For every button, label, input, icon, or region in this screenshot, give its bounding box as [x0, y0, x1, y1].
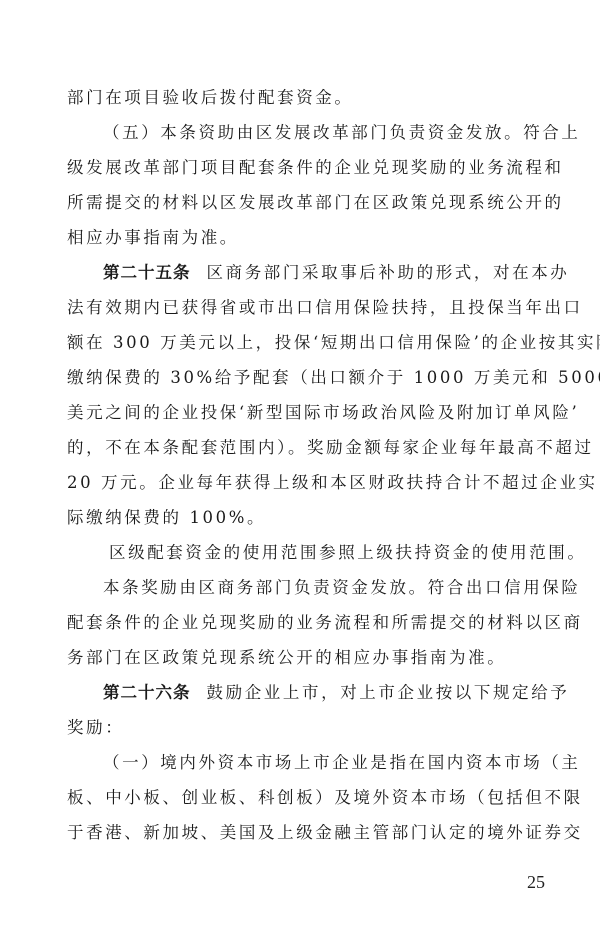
- article-26-line: 第二十六条鼓励企业上市，对上市企业按以下规定给予: [67, 675, 547, 710]
- paragraph-line: 奖励：: [67, 710, 547, 745]
- article-heading: 第二十五条: [103, 263, 191, 282]
- paragraph-line: 的，不在本条配套范围内）。奖励金额每家企业每年最高不超过: [67, 430, 547, 465]
- paragraph-line: 缴纳保费的 30%给予配套（出口额介于 1000 万美元和 5000 万: [67, 360, 547, 395]
- paragraph-line: 际缴纳保费的 100%。: [67, 500, 547, 535]
- paragraph-line: 法有效期内已获得省或市出口信用保险扶持，且投保当年出口: [67, 290, 547, 325]
- page-number: 25: [527, 872, 545, 893]
- paragraph-line: 配套条件的企业兑现奖励的业务流程和所需提交的材料以区商: [67, 605, 547, 640]
- paragraph-line: （一）境内外资本市场上市企业是指在国内资本市场（主: [67, 745, 547, 780]
- paragraph-line: 于香港、新加坡、美国及上级金融主管部门认定的境外证券交: [67, 815, 547, 850]
- paragraph-line: 额在 300 万美元以上，投保‘短期出口信用保险’的企业按其实际: [67, 325, 547, 360]
- paragraph-line: 本条奖励由区商务部门负责资金发放。符合出口信用保险: [67, 570, 547, 605]
- paragraph-line: 务部门在区政策兑现系统公开的相应办事指南为准。: [67, 640, 547, 675]
- article-heading: 第二十六条: [103, 683, 191, 702]
- document-body: 部门在项目验收后拨付配套资金。 （五）本条资助由区发展改革部门负责资金发放。符合…: [67, 80, 547, 850]
- paragraph-line: 板、中小板、创业板、科创板）及境外资本市场（包括但不限: [67, 780, 547, 815]
- paragraph-line: 级发展改革部门项目配套条件的企业兑现奖励的业务流程和: [67, 150, 547, 185]
- paragraph-text: 区商务部门采取事后补助的形式，对在本办: [207, 263, 570, 282]
- paragraph-line: 相应办事指南为准。: [67, 220, 547, 255]
- paragraph-line: 部门在项目验收后拨付配套资金。: [67, 80, 547, 115]
- article-25-line: 第二十五条区商务部门采取事后补助的形式，对在本办: [67, 255, 547, 290]
- paragraph-line: （五）本条资助由区发展改革部门负责资金发放。符合上: [67, 115, 547, 150]
- paragraph-line: 20 万元。企业每年获得上级和本区财政扶持合计不超过企业实: [67, 465, 547, 500]
- paragraph-line: 所需提交的材料以区发展改革部门在区政策兑现系统公开的: [67, 185, 547, 220]
- document-page: 部门在项目验收后拨付配套资金。 （五）本条资助由区发展改革部门负责资金发放。符合…: [0, 0, 600, 942]
- paragraph-line: 美元之间的企业投保‘新型国际市场政治风险及附加订单风险’: [67, 395, 547, 430]
- paragraph-line: 区级配套资金的使用范围参照上级扶持资金的使用范围。: [67, 535, 547, 570]
- paragraph-text: 鼓励企业上市，对上市企业按以下规定给予: [207, 683, 570, 702]
